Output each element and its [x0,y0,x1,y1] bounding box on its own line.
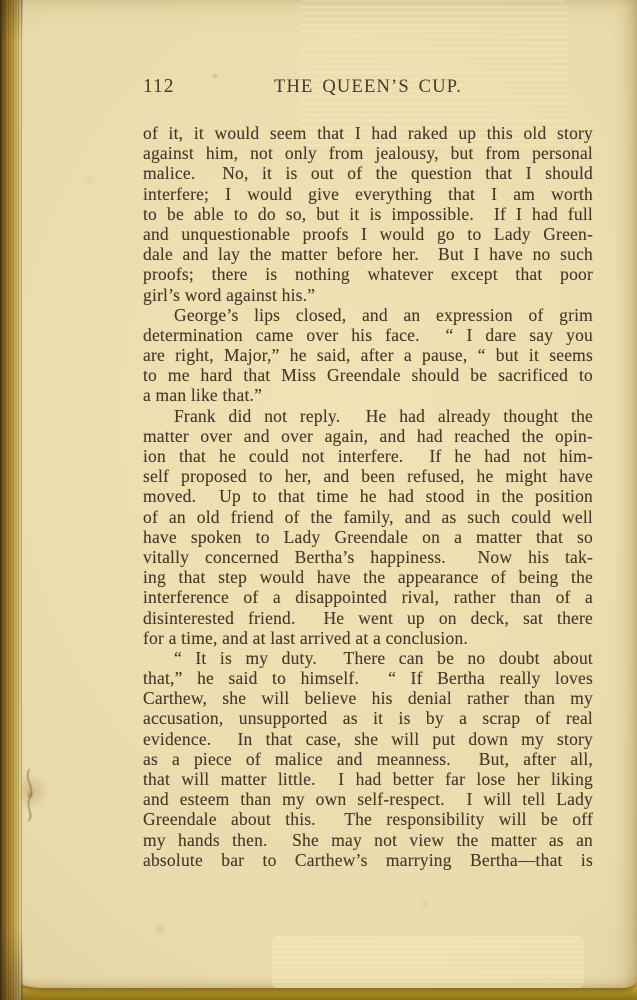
text-line: of it, it would seem that I had raked up… [143,123,593,143]
text-line: as a piece of malice and meanness. But, … [143,749,593,769]
text-line: are right, Major,” he said, after a paus… [143,345,593,365]
text-line: self proposed to her, and been refused, … [143,466,593,486]
text-line: have spoken to Lady Greendale on a matte… [143,527,593,547]
text-line: against him, not only from jealousy, but… [143,143,593,163]
book-pages-edge-left [0,0,23,1000]
text-line: girl’s word against his.” [143,285,593,305]
scan-light-streak-bottom [272,936,584,988]
text-line: Frank did not reply. He had already thou… [143,406,593,426]
text-line: of an old friend of the family, and as s… [143,507,593,527]
text-line: moved. Up to that time he had stood in t… [143,486,593,506]
text-line: interference of a disappointed rival, ra… [143,587,593,607]
text-line: absolute bar to Carthew’s marrying Berth… [143,850,593,870]
text-line: and esteem than my own self-respect. I w… [143,789,593,809]
text-line: interfere; I would give everything that … [143,184,593,204]
text-line: proofs; there is nothing whatever except… [143,264,593,284]
text-line: a man like that.” [143,385,593,405]
text-line: Carthew, she will believe his denial rat… [143,688,593,708]
text-line: for a time, and at last arrived at a con… [143,628,593,648]
scanned-book-page: 112 THE QUEEN’S CUP. of it, it would see… [0,0,637,1000]
text-line: evidence. In that case, she will put dow… [143,729,593,749]
text-line: to be able to do so, but it is impossibl… [143,204,593,224]
text-line: matter over and over again, and had reac… [143,426,593,446]
text-line: malice. No, it is out of the question th… [143,163,593,183]
text-line: “ It is my duty. There can be no doubt a… [143,648,593,668]
text-line: dale and lay the matter before her. But … [143,244,593,264]
text-line: that,” he said to himself. “ If Bertha r… [143,668,593,688]
text-line: ing that step would have the appearance … [143,567,593,587]
text-line: accusation, unsupported as it is by a sc… [143,708,593,728]
text-line: disinterested friend. He went up on deck… [143,608,593,628]
running-title: THE QUEEN’S CUP. [143,77,593,98]
text-line: Greendale about this. The responsibility… [143,809,593,829]
text-line: George’s lips closed, and an expression … [143,305,593,325]
text-line: that will matter little. I had better fa… [143,769,593,789]
text-line: and unquestionable proofs I would go to … [143,224,593,244]
page-header: 112 THE QUEEN’S CUP. [0,76,637,102]
ink-smudge-mark [20,768,46,822]
text-line: determination came over his face. “ I da… [143,325,593,345]
text-line: my hands then. She may not view the matt… [143,830,593,850]
text-line: to me hard that Miss Greendale should be… [143,365,593,385]
text-line: vitally concerned Bertha’s happiness. No… [143,547,593,567]
text-line: ion that he could not interfere. If he h… [143,446,593,466]
page-paper: 112 THE QUEEN’S CUP. of it, it would see… [0,0,637,988]
text-block: of it, it would seem that I had raked up… [143,123,593,870]
